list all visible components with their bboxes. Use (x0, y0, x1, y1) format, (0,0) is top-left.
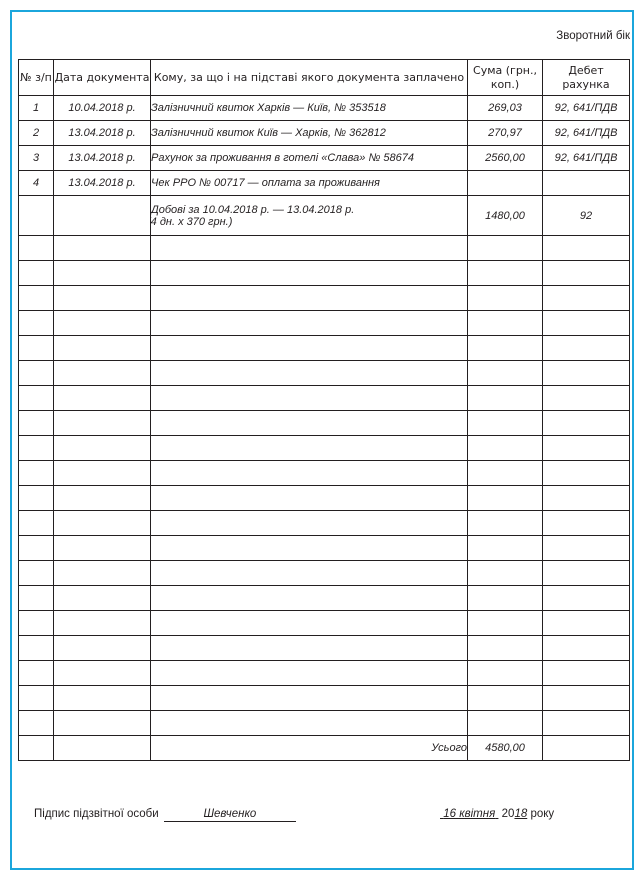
cell-num (19, 336, 54, 361)
cell-debit (543, 386, 630, 411)
cell-date (54, 436, 151, 461)
cell-description (151, 411, 468, 436)
empty-row (19, 486, 630, 511)
table-row: Добові за 10.04.2018 р. — 13.04.2018 р.(… (19, 196, 630, 236)
signature-date: 16 квітня 2018 року (440, 808, 554, 820)
cell-sum (468, 686, 543, 711)
cell-date (54, 511, 151, 536)
cell-date: 10.04.2018 р. (54, 96, 151, 121)
cell-description (151, 361, 468, 386)
cell-date: 13.04.2018 р. (54, 171, 151, 196)
cell-num (19, 261, 54, 286)
cell-sum (468, 586, 543, 611)
date-year-suffix: 18 (514, 808, 527, 820)
cell-sum (468, 461, 543, 486)
cell-description: Рахунок за проживання в готелі «Слава» №… (151, 146, 468, 171)
cell-date (54, 361, 151, 386)
description-line-1: Чек РРО № 00717 — оплата за проживання (151, 177, 380, 189)
table-row: 110.04.2018 р.Залізничний квиток Харків … (19, 96, 630, 121)
cell-date (54, 196, 151, 236)
empty-row (19, 586, 630, 611)
cell-debit (543, 236, 630, 261)
cell-description (151, 636, 468, 661)
cell-num (19, 636, 54, 661)
cell-debit (543, 171, 630, 196)
cell-description (151, 311, 468, 336)
cell-description (151, 661, 468, 686)
empty-row (19, 511, 630, 536)
cell-num (19, 196, 54, 236)
cell-num (19, 236, 54, 261)
cell-date: 13.04.2018 р. (54, 121, 151, 146)
total-row: Усього4580,00 (19, 736, 630, 761)
cell-num (19, 536, 54, 561)
cell-date (54, 411, 151, 436)
cell-date (54, 636, 151, 661)
cell-debit (543, 436, 630, 461)
cell-debit (543, 461, 630, 486)
cell-num: 1 (19, 96, 54, 121)
cell-debit: 92 (543, 196, 630, 236)
cell-debit (543, 586, 630, 611)
cell-sum (468, 661, 543, 686)
cell-date (54, 386, 151, 411)
empty-row (19, 236, 630, 261)
cell-date: 13.04.2018 р. (54, 146, 151, 171)
cell-sum (468, 261, 543, 286)
cell-num (19, 586, 54, 611)
cell-sum: 1480,00 (468, 196, 543, 236)
cell-debit (543, 686, 630, 711)
cell-date (54, 236, 151, 261)
cell-description (151, 386, 468, 411)
cell-num (19, 286, 54, 311)
cell-num: 4 (19, 171, 54, 196)
cell-debit (543, 311, 630, 336)
empty-row (19, 536, 630, 561)
cell-sum: 270,97 (468, 121, 543, 146)
cell-sum (468, 286, 543, 311)
empty-row (19, 686, 630, 711)
cell-description (151, 586, 468, 611)
cell-date (54, 611, 151, 636)
cell-debit: 92, 641/ПДВ (543, 146, 630, 171)
cell-description (151, 461, 468, 486)
cell-num (19, 561, 54, 586)
header-date: Дата документа (54, 60, 151, 96)
description-line-2: (4 дн. х 370 грн.) (151, 216, 468, 228)
cell-num (19, 411, 54, 436)
empty-row (19, 311, 630, 336)
cell-debit (543, 286, 630, 311)
cell-num (19, 311, 54, 336)
table-row: 213.04.2018 р.Залізничний квиток Київ — … (19, 121, 630, 146)
cell-description: Добові за 10.04.2018 р. — 13.04.2018 р.(… (151, 196, 468, 236)
side-label: Зворотний бік (556, 30, 630, 42)
total-sum: 4580,00 (468, 736, 543, 761)
cell-sum (468, 336, 543, 361)
cell-sum (468, 536, 543, 561)
empty-row (19, 336, 630, 361)
cell-description: Залізничний квиток Харків — Київ, № 3535… (151, 96, 468, 121)
cell-sum (468, 561, 543, 586)
cell-debit (543, 411, 630, 436)
empty-row (19, 286, 630, 311)
empty-row (19, 611, 630, 636)
cell-description (151, 261, 468, 286)
header-debit: Дебет рахунка (543, 60, 630, 96)
cell-sum (468, 236, 543, 261)
description-line-1: Добові за 10.04.2018 р. — 13.04.2018 р. (151, 204, 354, 216)
cell-description (151, 336, 468, 361)
cell-date (54, 586, 151, 611)
cell-description: Залізничний квиток Київ — Харків, № 3628… (151, 121, 468, 146)
description-line-1: Залізничний квиток Харків — Київ, № 3535… (151, 102, 386, 114)
cell-num (19, 386, 54, 411)
cell-sum (468, 711, 543, 736)
cell-date (54, 686, 151, 711)
cell-description (151, 611, 468, 636)
cell-debit (543, 711, 630, 736)
cell-description (151, 286, 468, 311)
cell-num (19, 461, 54, 486)
cell-debit (543, 561, 630, 586)
cell-date (54, 536, 151, 561)
cell-debit (543, 536, 630, 561)
header-sum: Сума (грн., коп.) (468, 60, 543, 96)
cell-num (19, 736, 54, 761)
cell-date (54, 736, 151, 761)
empty-row (19, 461, 630, 486)
cell-sum (468, 636, 543, 661)
cell-num (19, 686, 54, 711)
cell-num (19, 661, 54, 686)
cell-num (19, 361, 54, 386)
cell-date (54, 311, 151, 336)
expense-table: № з/п Дата документа Кому, за що і на пі… (18, 59, 630, 761)
cell-description (151, 436, 468, 461)
cell-sum (468, 311, 543, 336)
cell-date (54, 561, 151, 586)
cell-sum: 269,03 (468, 96, 543, 121)
empty-row (19, 636, 630, 661)
cell-debit (543, 261, 630, 286)
cell-debit (543, 486, 630, 511)
table-row: 313.04.2018 р.Рахунок за проживання в го… (19, 146, 630, 171)
cell-debit (543, 636, 630, 661)
cell-date (54, 486, 151, 511)
cell-date (54, 461, 151, 486)
empty-row (19, 661, 630, 686)
cell-date (54, 661, 151, 686)
cell-date (54, 336, 151, 361)
cell-num (19, 436, 54, 461)
cell-description (151, 561, 468, 586)
date-word: року (530, 808, 554, 820)
cell-description (151, 686, 468, 711)
header-num: № з/п (19, 60, 54, 96)
empty-row (19, 561, 630, 586)
description-line-1: Рахунок за проживання в готелі «Слава» №… (151, 152, 414, 164)
empty-row (19, 261, 630, 286)
cell-sum (468, 611, 543, 636)
cell-debit (543, 661, 630, 686)
empty-row (19, 411, 630, 436)
cell-debit (543, 336, 630, 361)
cell-sum: 2560,00 (468, 146, 543, 171)
cell-date (54, 286, 151, 311)
cell-description (151, 511, 468, 536)
description-line-1: Залізничний квиток Київ — Харків, № 3628… (151, 127, 386, 139)
cell-num (19, 511, 54, 536)
cell-sum (468, 361, 543, 386)
table-header-row: № з/п Дата документа Кому, за що і на пі… (19, 60, 630, 96)
cell-description (151, 536, 468, 561)
cell-description (151, 711, 468, 736)
cell-sum (468, 486, 543, 511)
cell-debit (543, 511, 630, 536)
total-label: Усього (151, 736, 468, 761)
cell-debit: 92, 641/ПДВ (543, 121, 630, 146)
empty-row (19, 386, 630, 411)
cell-date (54, 711, 151, 736)
cell-sum (468, 411, 543, 436)
cell-debit: 92, 641/ПДВ (543, 96, 630, 121)
cell-debit (543, 361, 630, 386)
cell-num: 3 (19, 146, 54, 171)
date-year-prefix: 20 (502, 808, 515, 820)
cell-num (19, 611, 54, 636)
date-day-month: 16 квітня (440, 808, 498, 820)
cell-sum (468, 436, 543, 461)
cell-sum (468, 171, 543, 196)
signature-block: Підпис підзвітної особи Шевченко (34, 808, 296, 822)
cell-sum (468, 511, 543, 536)
cell-sum (468, 386, 543, 411)
cell-debit (543, 611, 630, 636)
cell-description (151, 486, 468, 511)
cell-date (54, 261, 151, 286)
signature-field: Шевченко (164, 808, 296, 822)
cell-num: 2 (19, 121, 54, 146)
header-description: Кому, за що і на підставі якого документ… (151, 60, 468, 96)
cell-debit (543, 736, 630, 761)
cell-description: Чек РРО № 00717 — оплата за проживання (151, 171, 468, 196)
empty-row (19, 361, 630, 386)
cell-num (19, 486, 54, 511)
cell-description (151, 236, 468, 261)
empty-row (19, 436, 630, 461)
empty-row (19, 711, 630, 736)
signature-label: Підпис підзвітної особи (34, 808, 159, 820)
cell-num (19, 711, 54, 736)
table-row: 413.04.2018 р.Чек РРО № 00717 — оплата з… (19, 171, 630, 196)
